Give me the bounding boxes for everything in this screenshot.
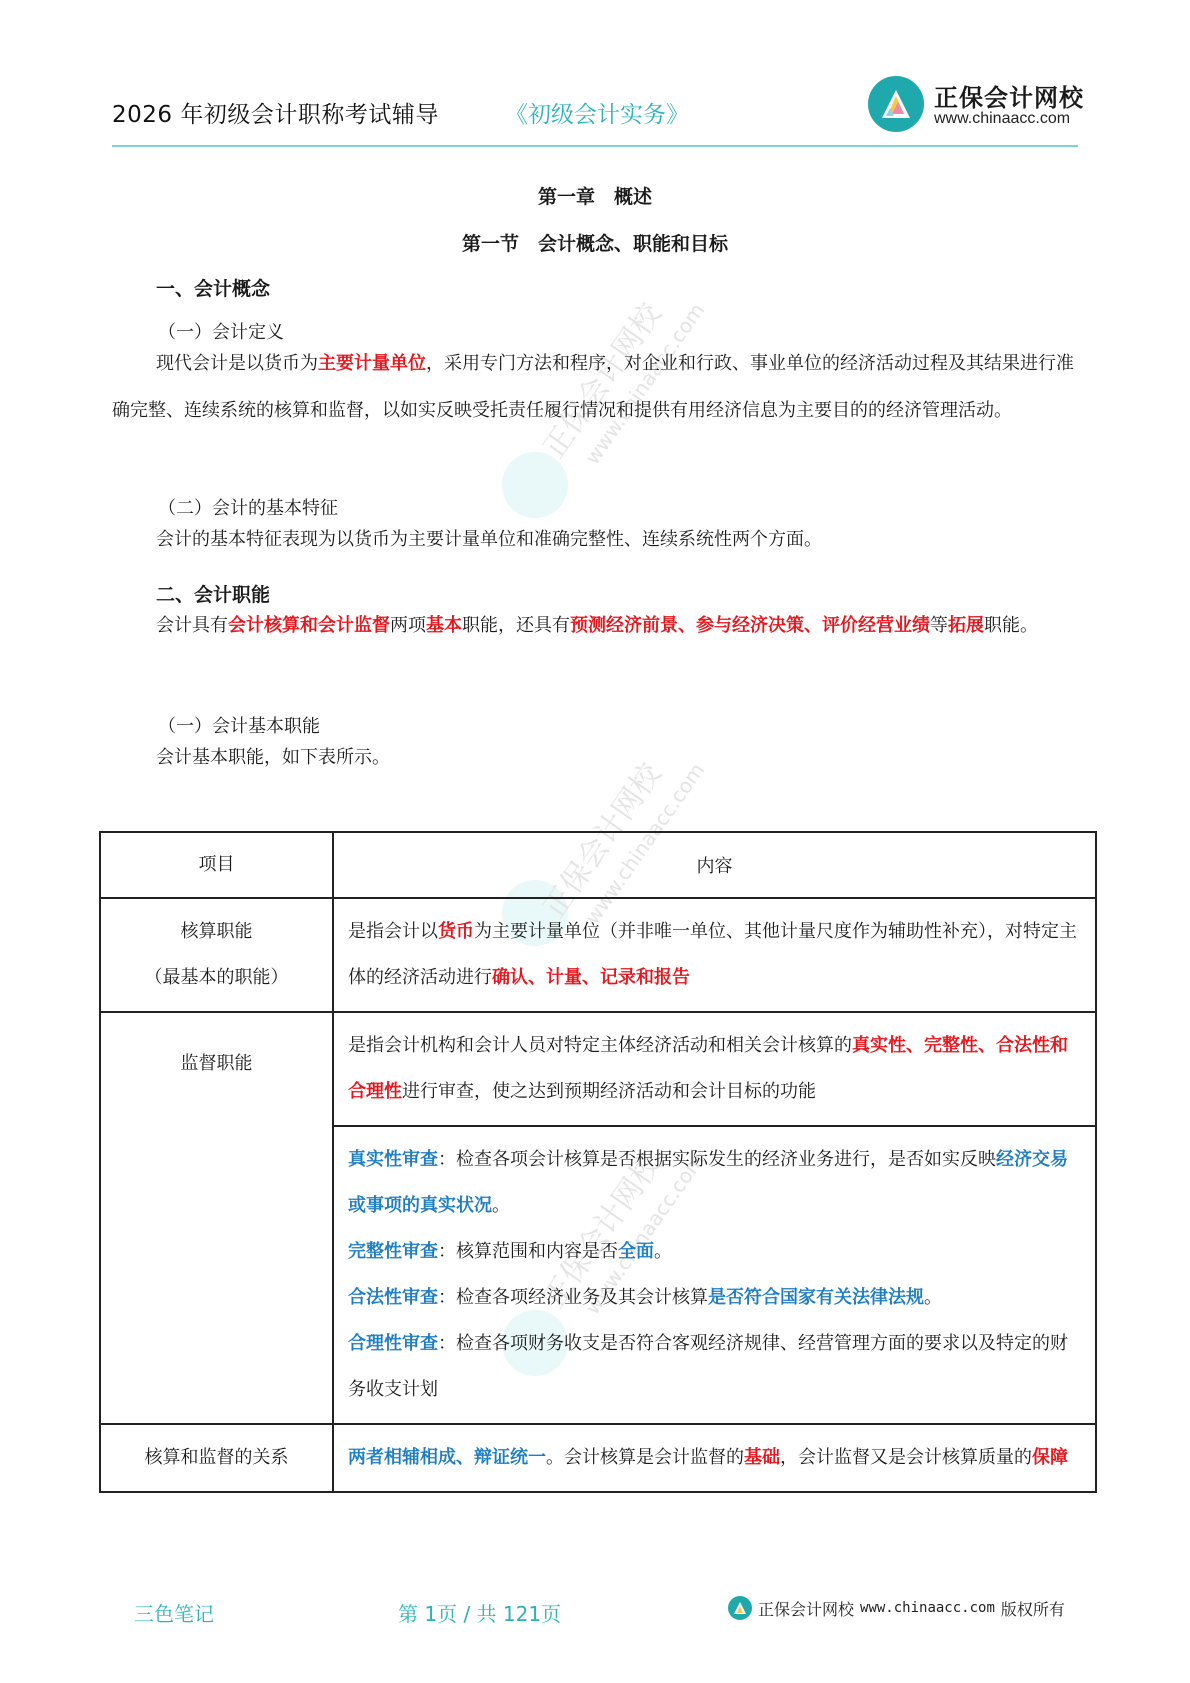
brand-logo: 正保会计网校 www.chinaacc.com (868, 74, 1088, 138)
footer-rights: 版权所有 (1001, 1597, 1065, 1620)
course-title: 2026 年初级会计职称考试辅导 (112, 96, 439, 129)
footer-notes-label: 三色笔记 (134, 1598, 214, 1627)
highlight-red: 货币 (438, 921, 474, 942)
brand-name: 正保会计网校 (934, 78, 1084, 113)
heading-accounting-concept: 一、会计概念 (156, 274, 270, 301)
highlight-blue: 完整性审查 (348, 1241, 438, 1262)
text: ： (438, 1333, 456, 1354)
text: 现代会计是以货币为 (156, 353, 318, 374)
label-note: （最基本的职能） (102, 955, 331, 1001)
text: 。 (654, 1241, 672, 1262)
paragraph-characteristics: 会计的基本特征表现为以货币为主要计量单位和准确完整性、连续系统性两个方面。 (112, 516, 1082, 563)
page-indicator: 第 1页 / 共 121页 (398, 1598, 561, 1627)
row-label-accounting: 核算职能（最基本的职能） (100, 898, 333, 1012)
highlight-blue: 两者相辅相成、辩证统一 (348, 1447, 546, 1468)
header-divider (112, 145, 1078, 147)
highlight-blue: 是否符合国家有关法律法规 (708, 1287, 924, 1308)
row-label-supervision: 监督职能 (100, 1012, 333, 1424)
highlight-red: 主要计量单位 (318, 353, 426, 374)
watermark-logo-icon (502, 452, 568, 518)
highlight-red: 基本 (426, 615, 462, 636)
label: 核算职能 (102, 909, 331, 955)
text: 是指会计以 (348, 921, 438, 942)
text: ： (438, 1241, 456, 1262)
highlight-red: 预测经济前景、参与经济决策、评价经营业绩 (570, 615, 930, 636)
footer-url: www.chinaacc.com (860, 1600, 995, 1616)
text: 检查各项经济业务及其会计核算 (456, 1287, 708, 1308)
text: 核算范围和内容是否 (456, 1241, 618, 1262)
paragraph-table-intro: 会计基本职能，如下表所示。 (112, 734, 1082, 781)
highlight-blue: 真实性审查 (348, 1149, 438, 1170)
text: 。会计核算是会计监督的 (546, 1447, 744, 1468)
text: 是指会计机构和会计人员对特定主体经济活动和相关会计核算的 (348, 1035, 852, 1056)
highlight-blue: 合理性审查 (348, 1333, 438, 1354)
text: 职能。 (984, 615, 1038, 636)
paragraph-definition: 现代会计是以货币为主要计量单位，采用专门方法和程序，对企业和行政、事业单位的经济… (112, 340, 1082, 434)
column-header-item: 项目 (100, 832, 333, 898)
row-content: 是指会计以货币为主要计量单位（并非唯一单位、其他计量尺度作为辅助性补充），对特定… (333, 898, 1096, 1012)
table-row: 核算职能（最基本的职能） 是指会计以货币为主要计量单位（并非唯一单位、其他计量尺… (100, 898, 1096, 1012)
chinaacc-logo-icon (728, 1596, 752, 1620)
text: 检查各项会计核算是否根据实际发生的经济业务进行，是否如实反映 (456, 1149, 996, 1170)
text: 会计具有 (156, 615, 228, 636)
review-item: 真实性审查：检查各项会计核算是否根据实际发生的经济业务进行，是否如实反映经济交易… (348, 1137, 1081, 1229)
chinaacc-logo-icon (868, 76, 924, 132)
highlight-red: 基础 (744, 1447, 780, 1468)
table-row: 核算和监督的关系 两者相辅相成、辩证统一。会计核算是会计监督的基础，会计监督又是… (100, 1424, 1096, 1492)
section-title: 第一节 会计概念、职能和目标 (0, 229, 1190, 256)
text: 。 (924, 1287, 942, 1308)
footer-brand: 正保会计网校 (758, 1597, 854, 1620)
review-item: 合法性审查：检查各项经济业务及其会计核算是否符合国家有关法律法规。 (348, 1275, 1081, 1321)
text: 。 (492, 1195, 510, 1216)
highlight-red: 保障 (1032, 1447, 1068, 1468)
column-header-content: 内容 (333, 832, 1096, 898)
brand-url: www.chinaacc.com (934, 110, 1070, 128)
highlight-blue: 合法性审查 (348, 1287, 438, 1308)
document-page: 正保会计网校 www.chinaacc.com 正保会计网校 www.china… (0, 0, 1190, 1683)
book-title: 《初级会计实务》 (505, 96, 689, 129)
text: ，会计监督又是会计核算质量的 (780, 1447, 1032, 1468)
row-content-reviews: 真实性审查：检查各项会计核算是否根据实际发生的经济业务进行，是否如实反映经济交易… (333, 1126, 1096, 1424)
paragraph-functions: 会计具有会计核算和会计监督两项基本职能，还具有预测经济前景、参与经济决策、评价经… (112, 602, 1082, 649)
table-row: 监督职能 是指会计机构和会计人员对特定主体经济活动和相关会计核算的真实性、完整性… (100, 1012, 1096, 1126)
highlight-red: 会计核算和会计监督 (228, 615, 390, 636)
text: 等 (930, 615, 948, 636)
row-content: 两者相辅相成、辩证统一。会计核算是会计监督的基础，会计监督又是会计核算质量的保障 (333, 1424, 1096, 1492)
highlight-blue: 全面 (618, 1241, 654, 1262)
review-item: 合理性审查：检查各项财务收支是否符合客观经济规律、经营管理方面的要求以及特定的财… (348, 1321, 1081, 1413)
footer-copyright: 正保会计网校 www.chinaacc.com 版权所有 (728, 1594, 1065, 1622)
row-content: 是指会计机构和会计人员对特定主体经济活动和相关会计核算的真实性、完整性、合法性和… (333, 1012, 1096, 1126)
text: ： (438, 1287, 456, 1308)
basic-functions-table: 项目 内容 核算职能（最基本的职能） 是指会计以货币为主要计量单位（并非唯一单位… (99, 831, 1097, 1493)
highlight-red: 确认、计量、记录和报告 (492, 967, 690, 988)
chapter-title: 第一章 概述 (0, 182, 1190, 209)
text: 职能，还具有 (462, 615, 570, 636)
highlight-red: 拓展 (948, 615, 984, 636)
text: 两项 (390, 615, 426, 636)
text: 进行审查，使之达到预期经济活动和会计目标的功能 (402, 1081, 816, 1102)
text: ： (438, 1149, 456, 1170)
row-label-relationship: 核算和监督的关系 (100, 1424, 333, 1492)
text: 检查各项财务收支是否符合客观经济规律、经营管理方面的要求以及特定的财务收支计划 (348, 1333, 1068, 1400)
review-item: 完整性审查：核算范围和内容是否全面。 (348, 1229, 1081, 1275)
table-header-row: 项目 内容 (100, 832, 1096, 898)
